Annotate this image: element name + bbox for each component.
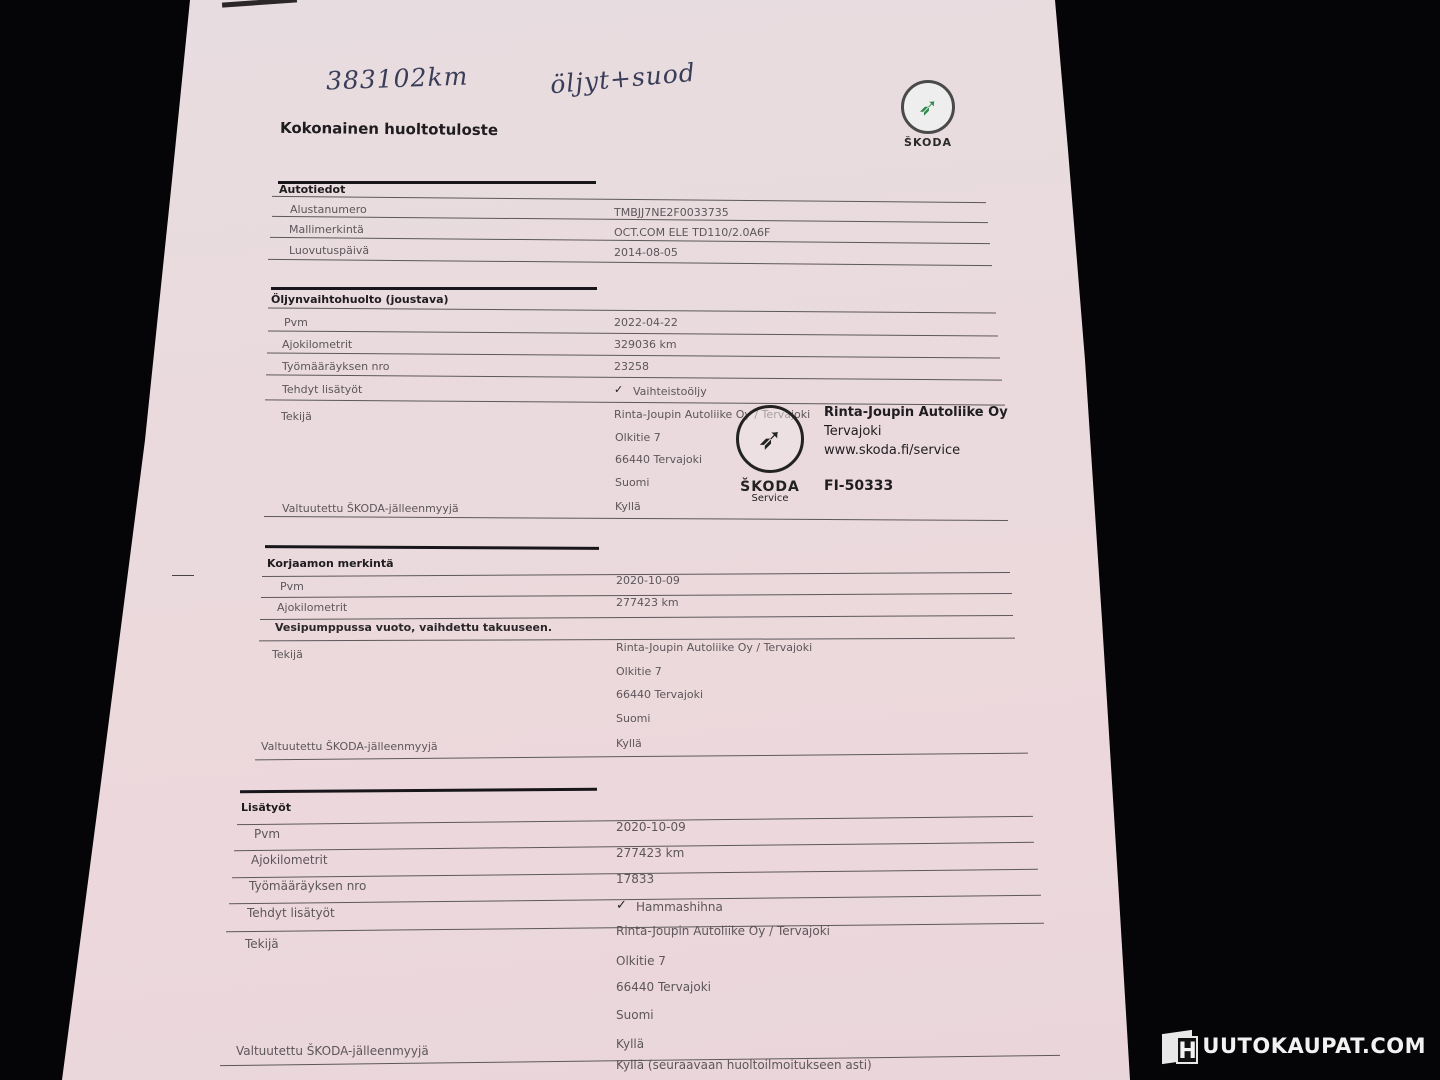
stray-mark bbox=[172, 575, 194, 576]
performer-label: Tekijä bbox=[272, 648, 303, 661]
row-label: Työmääräyksen nro bbox=[249, 879, 366, 893]
huutokaupat-logo-icon: H bbox=[1160, 1026, 1200, 1066]
authorized-label: Valtuutettu ŠKODA-jälleenmyyjä bbox=[236, 1044, 429, 1058]
row-label: Tehdyt lisätyöt bbox=[282, 383, 362, 396]
dealer-code: FI-50333 bbox=[824, 477, 1008, 496]
authorized-label: Valtuutettu ŠKODA-jälleenmyyjä bbox=[282, 502, 459, 515]
workshop-note-text: Vesipumppussa vuoto, vaihdettu takuuseen… bbox=[275, 621, 552, 634]
row-label: Pvm bbox=[280, 580, 304, 593]
row-label: Tehdyt lisätyöt bbox=[247, 906, 335, 920]
section-heading: Öljynvaihtohuolto (joustava) bbox=[271, 293, 449, 306]
performer-line: 66440 Tervajoki bbox=[616, 688, 703, 701]
row-label: Pvm bbox=[254, 827, 280, 841]
performer-line: Suomi bbox=[616, 712, 650, 725]
row-label: Alustanumero bbox=[290, 203, 367, 216]
performer-line: Rinta-Joupin Autoliike Oy / Tervajoki bbox=[616, 641, 812, 654]
row-value: TMBJJ7NE2F0033735 bbox=[614, 206, 729, 219]
skoda-brand-logo: ➶ ŠKODA bbox=[893, 80, 963, 149]
row-label: Ajokilometrit bbox=[251, 853, 328, 867]
row-label: Luovutuspäivä bbox=[289, 244, 369, 257]
dealer-city: Tervajoki bbox=[824, 422, 1008, 441]
row-label: Pvm bbox=[284, 316, 308, 329]
section-heading: Korjaamon merkintä bbox=[267, 557, 394, 570]
performer-line: Olkitie 7 bbox=[616, 954, 666, 968]
checkmark-icon: ✓ bbox=[616, 898, 627, 913]
performer-label: Tekijä bbox=[281, 410, 312, 423]
section-heading: Lisätyöt bbox=[241, 801, 291, 814]
row-value: 277423 km bbox=[616, 846, 684, 860]
watermark-text: UUTOKAUPAT.COM bbox=[1202, 1034, 1426, 1058]
performer-line: Rinta-Joupin Autoliike Oy / Tervajoki bbox=[616, 924, 830, 938]
authorized-label: Valtuutettu ŠKODA-jälleenmyyjä bbox=[261, 740, 438, 753]
row-value: Hammashihna bbox=[636, 900, 723, 914]
section-heading: Autotiedot bbox=[279, 183, 345, 196]
performer-line: 66440 Tervajoki bbox=[615, 453, 702, 466]
row-label: Ajokilometrit bbox=[277, 601, 347, 614]
authorized-value: Kyllä bbox=[616, 737, 642, 750]
handwritten-mileage: 383102km bbox=[326, 62, 469, 96]
dealer-url: www.skoda.fi/service bbox=[824, 441, 1008, 460]
row-value: 2022-04-22 bbox=[614, 316, 678, 329]
row-value: 329036 km bbox=[614, 338, 677, 351]
dealer-name: Rinta-Joupin Autoliike Oy bbox=[824, 403, 1008, 422]
row-label: Mallimerkintä bbox=[289, 223, 364, 236]
trailing-row-value: Kyllä (seuraavaan huoltoilmoitukseen ast… bbox=[616, 1058, 872, 1072]
logo-letter: H bbox=[1176, 1036, 1198, 1064]
performer-line: Olkitie 7 bbox=[615, 431, 661, 444]
huutokaupat-watermark: H UUTOKAUPAT.COM bbox=[1160, 1026, 1426, 1066]
checkmark-icon: ✓ bbox=[614, 383, 623, 396]
performer-line: 66440 Tervajoki bbox=[616, 980, 711, 994]
authorized-value: Kyllä bbox=[615, 500, 641, 513]
service-document-sheet bbox=[0, 0, 1440, 1080]
skoda-winged-arrow-icon: ➶ bbox=[736, 405, 804, 473]
brand-name: ŠKODA bbox=[893, 136, 963, 149]
row-value: 2020-10-09 bbox=[616, 820, 686, 834]
row-value: 17833 bbox=[616, 872, 654, 886]
row-label: Työmääräyksen nro bbox=[282, 360, 390, 373]
document-title: Kokonainen huoltotuloste bbox=[280, 119, 498, 139]
dealer-stamp-info: Rinta-Joupin Autoliike Oy Tervajoki www.… bbox=[824, 403, 1008, 496]
row-value: 2014-08-05 bbox=[614, 246, 678, 259]
row-label: Ajokilometrit bbox=[282, 338, 352, 351]
row-value: Vaihteistoöljy bbox=[633, 385, 707, 398]
row-value: 2020-10-09 bbox=[616, 574, 680, 587]
row-value: OCT.COM ELE TD110/2.0A6F bbox=[614, 226, 770, 239]
section-bar bbox=[271, 287, 597, 290]
dealer-stamp: ➶ ŠKODA Service bbox=[730, 405, 810, 504]
row-value: 277423 km bbox=[616, 596, 679, 609]
performer-line: Suomi bbox=[615, 476, 649, 489]
performer-line: Olkitie 7 bbox=[616, 665, 662, 678]
authorized-value: Kyllä bbox=[616, 1037, 644, 1051]
skoda-winged-arrow-icon: ➶ bbox=[901, 80, 955, 134]
row-value: 23258 bbox=[614, 360, 649, 373]
performer-label: Tekijä bbox=[245, 937, 279, 951]
performer-line: Suomi bbox=[616, 1008, 654, 1022]
